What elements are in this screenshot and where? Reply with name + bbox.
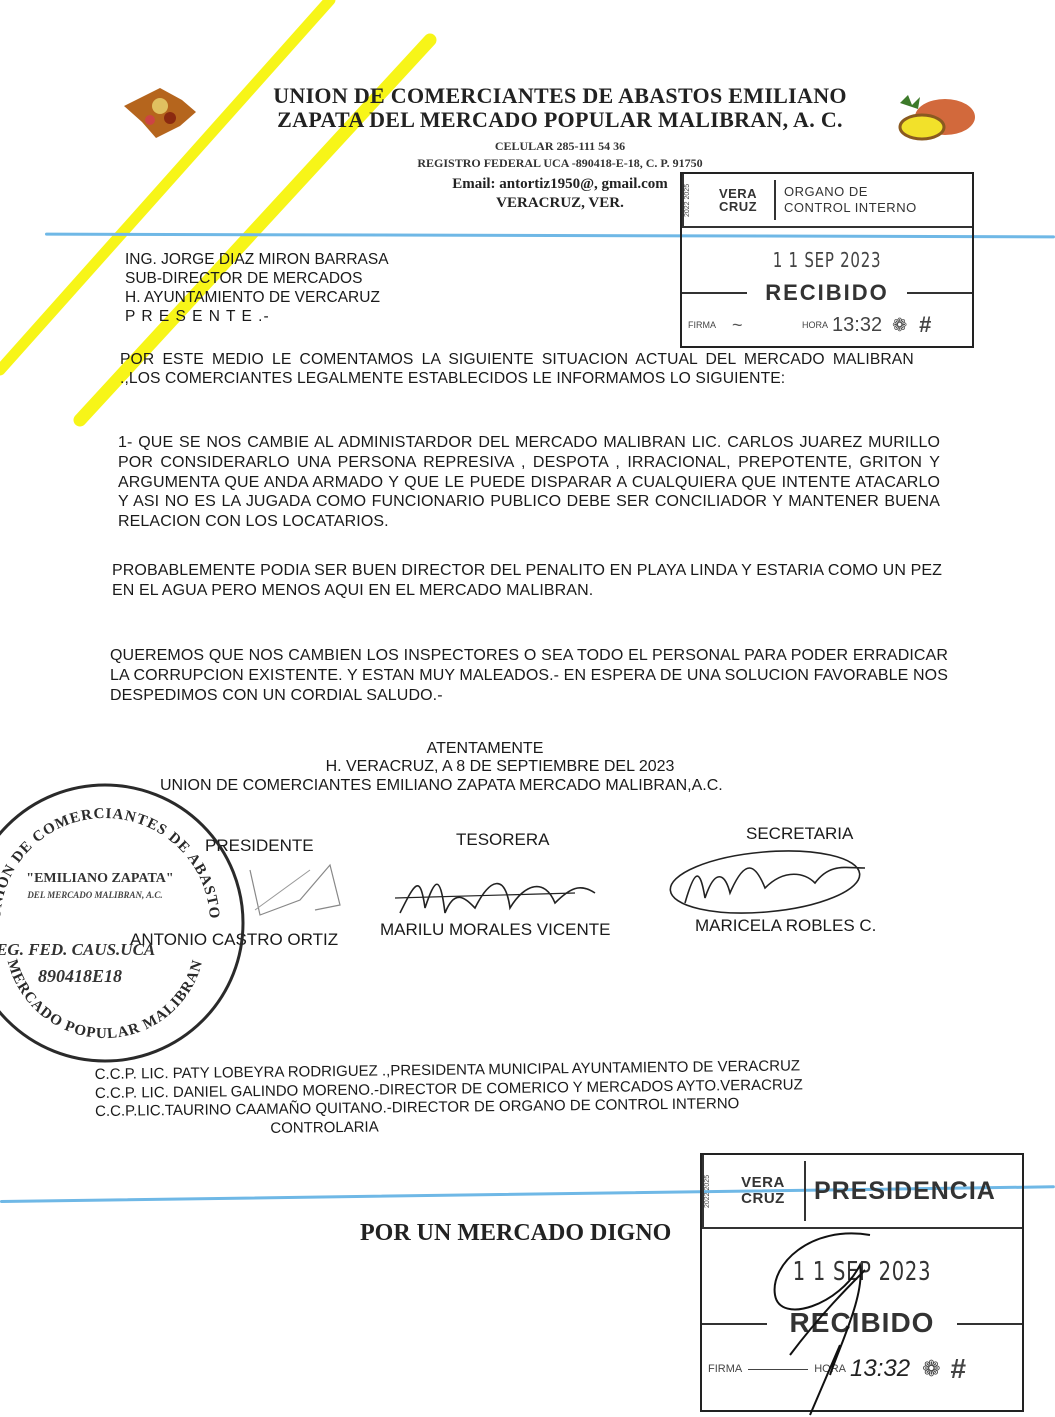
svg-text:"EMILIANO ZAPATA": "EMILIANO ZAPATA" bbox=[26, 871, 173, 886]
body-point1: 1- QUE SE NOS CAMBIE AL ADMINISTARDOR DE… bbox=[118, 433, 940, 532]
stamp-status: RECIBIDO bbox=[747, 280, 907, 306]
letterhead-title-line1: UNION DE COMERCIANTES DE ABASTOS EMILIAN… bbox=[200, 84, 920, 108]
closing-salutation: ATENTAMENTE bbox=[200, 740, 770, 758]
cross-emblem-icon: # bbox=[919, 312, 931, 338]
signature-presidente bbox=[240, 850, 350, 930]
body-point2: QUEREMOS QUE NOS CAMBIEN LOS INSPECTORES… bbox=[110, 646, 948, 706]
motto: POR UN MERCADO DIGNO bbox=[360, 1220, 671, 1247]
stamp-firma-label: FIRMA bbox=[688, 320, 716, 330]
stamp-organo-control: 2022 2025 VERA CRUZ ORGANO DE CONTROL IN… bbox=[680, 172, 974, 348]
body-point1b: PROBABLEMENTE PODIA SER BUEN DIRECTOR DE… bbox=[112, 561, 942, 601]
letterhead-title-line2: ZAPATA DEL MERCADO POPULAR MALIBRAN, A. … bbox=[200, 108, 920, 132]
signatory-name-tesorera: MARILU MORALES VICENTE bbox=[380, 920, 611, 940]
emblem-icon: ❁ bbox=[892, 315, 907, 336]
signatory-role-secretaria: SECRETARIA bbox=[746, 824, 853, 844]
recipient-name: ING. JORGE DIAZ MIRON BARRASA bbox=[125, 250, 389, 269]
union-logo-icon bbox=[120, 82, 200, 142]
cross-emblem-icon: # bbox=[951, 1353, 967, 1385]
recipient-presente: P R E S E N T E .- bbox=[125, 307, 389, 326]
stamp-department-line1: ORGANO DE bbox=[784, 184, 917, 200]
stamp-hora-value: 13:32 bbox=[828, 314, 882, 337]
stamp-date: 1 1 SEP 2023 bbox=[718, 248, 936, 272]
recipient-org: H. AYUNTAMIENTO DE VERCARUZ bbox=[125, 288, 389, 307]
signatory-role-tesorera: TESORERA bbox=[456, 830, 550, 850]
svg-text:UNION DE COMERCIANTES DE ABAST: UNION DE COMERCIANTES DE ABASTO bbox=[0, 806, 222, 920]
veracruz-logo-icon: VERA CRUZ bbox=[702, 187, 774, 213]
svg-text:REG. FED. CAUS.UCA: REG. FED. CAUS.UCA bbox=[0, 940, 155, 959]
signature-presidencia bbox=[750, 1225, 910, 1415]
letterhead-registry: REGISTRO FEDERAL UCA -890418-E-18, C. P.… bbox=[200, 156, 920, 170]
closing-organization: UNION DE COMERCIANTES EMILIANO ZAPATA ME… bbox=[160, 777, 880, 795]
emblem-icon: ❁ bbox=[922, 1356, 940, 1382]
stamp-department: PRESIDENCIA bbox=[806, 1177, 996, 1206]
letterhead-phone: CELULAR 285-111 54 36 bbox=[200, 139, 920, 153]
body-intro: POR ESTE MEDIO LE COMENTAMOS LA SIGUIENT… bbox=[120, 351, 914, 388]
signature-tesorera bbox=[395, 868, 605, 928]
veracruz-logo-icon: VERA CRUZ bbox=[722, 1175, 804, 1207]
svg-text:890418E18: 890418E18 bbox=[38, 966, 122, 986]
recipient-block: ING. JORGE DIAZ MIRON BARRASA SUB-DIRECT… bbox=[125, 250, 389, 326]
closing-place-date: H. VERACRUZ, A 8 DE SEPTIEMBRE DEL 2023 bbox=[200, 758, 800, 776]
stamp-signature: ~ bbox=[716, 315, 802, 336]
cc-list: C.C.P. LIC. PATY LOBEYRA RODRIGUEZ .,PRE… bbox=[95, 1057, 804, 1140]
letterhead-title: UNION DE COMERCIANTES DE ABASTOS EMILIAN… bbox=[200, 84, 920, 132]
signatory-name-secretaria: MARICELA ROBLES C. bbox=[695, 916, 876, 936]
union-seal: UNION DE COMERCIANTES DE ABASTO MERCADO … bbox=[0, 778, 250, 1068]
recipient-title: SUB-DIRECTOR DE MERCADOS bbox=[125, 269, 389, 288]
svg-text:DEL MERCADO MALIBRAN, A.C.: DEL MERCADO MALIBRAN, A.C. bbox=[26, 890, 162, 900]
stamp-firma-label: FIRMA bbox=[708, 1363, 742, 1375]
stamp-hora-label: HORA bbox=[802, 320, 828, 330]
stamp-department-line2: CONTROL INTERNO bbox=[784, 200, 917, 216]
signature-secretaria bbox=[665, 848, 885, 923]
